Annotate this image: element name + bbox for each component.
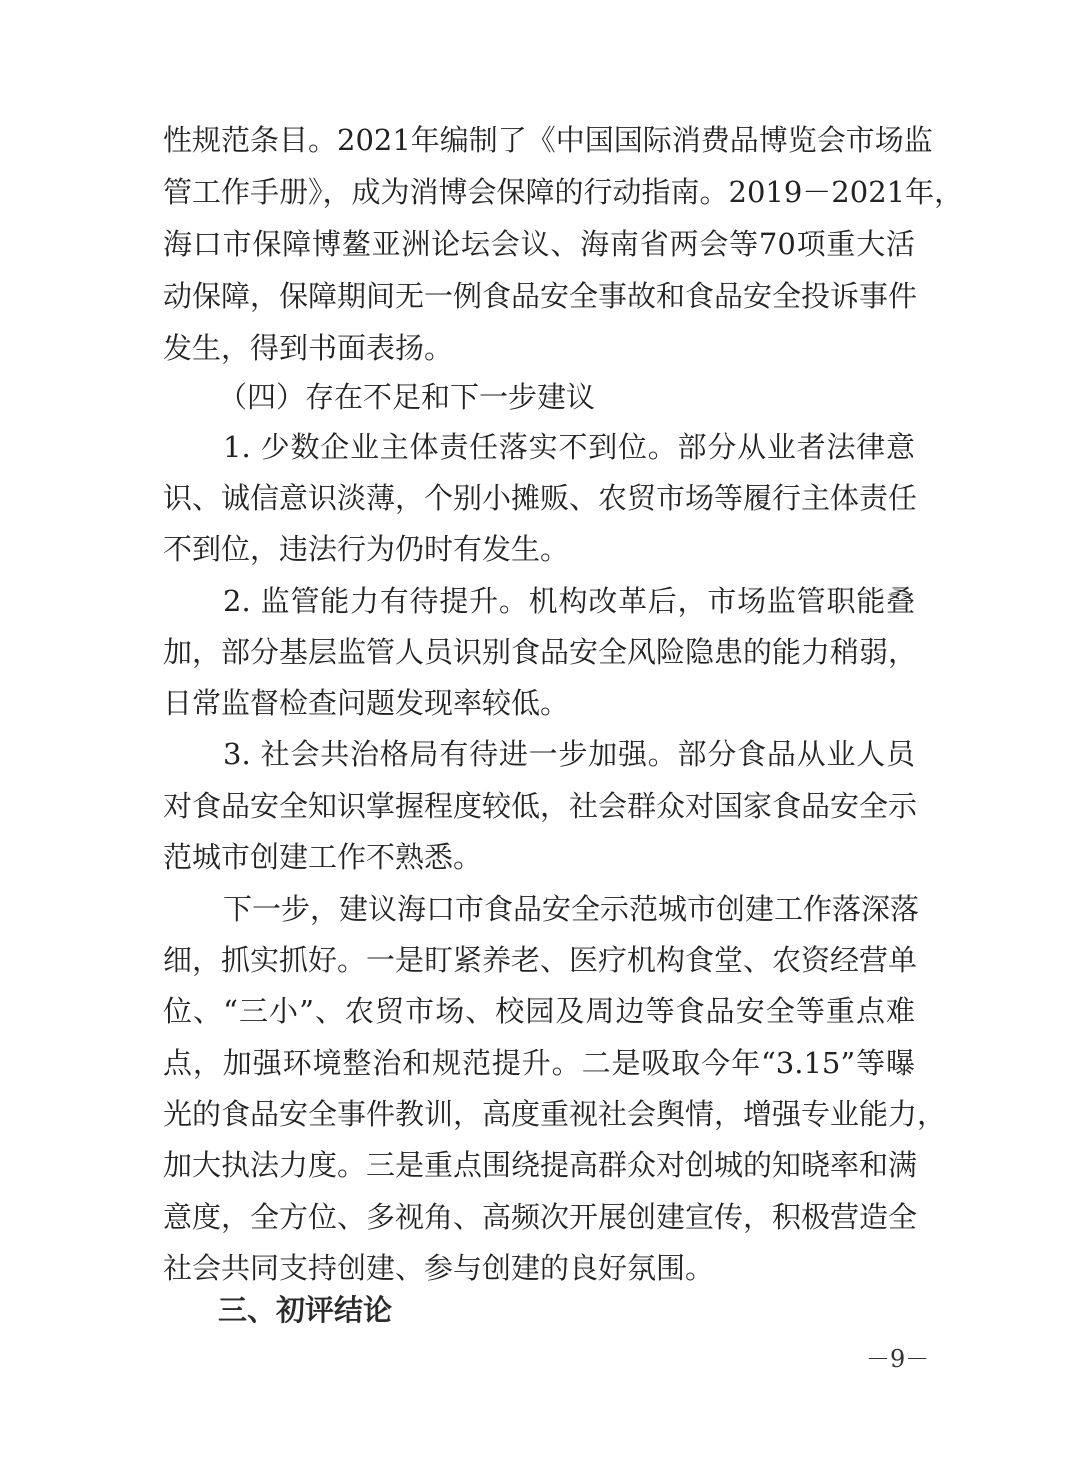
text-line: 社会共同支持创建、参与创建的良好氛围。 xyxy=(163,1250,915,1286)
text-line: 意度，全方位、多视角、高频次开展创建宣传，积极营造全 xyxy=(163,1199,915,1235)
text-line: 对食品安全知识掌握程度较低，社会群众对国家食品安全示 xyxy=(163,788,915,824)
text-line: 识、诚信意识淡薄，个别小摊贩、农贸市场等履行主体责任 xyxy=(163,480,915,516)
text-line: 发生，得到书面表扬。 xyxy=(163,330,915,366)
text-line: 不到位，违法行为仍时有发生。 xyxy=(163,531,915,567)
subheading-shortcomings-and-suggestions: （四）存在不足和下一步建议 xyxy=(218,379,595,415)
text-line: 2. 监管能力有待提升。机构改革后，市场监管职能叠 xyxy=(223,583,915,619)
text-line: 加大执法力度。三是重点围绕提高群众对创城的知晓率和满 xyxy=(163,1147,915,1183)
text-line: 光的食品安全事件教训，高度重视社会舆情，增强专业能力， xyxy=(163,1096,915,1132)
text-line: 海口市保障博鳌亚洲论坛会议、海南省两会等70项重大活 xyxy=(163,226,915,262)
text-line: 日常监督检查问题发现率较低。 xyxy=(163,685,915,721)
text-line: 位、“三小”、农贸市场、校园及周边等食品安全等重点难 xyxy=(163,993,915,1029)
document-page: 性规范条目。2021年编制了《中国国际消费品博览会市场监 管工作手册》，成为消博… xyxy=(0,0,1080,1469)
text-line: 范城市创建工作不熟悉。 xyxy=(163,839,915,875)
text-line: 点，加强环境整治和规范提升。二是吸取今年“3.15”等曝 xyxy=(163,1045,915,1081)
text-line: 动保障，保障期间无一例食品安全事故和食品安全投诉事件 xyxy=(163,278,915,314)
text-line: 管工作手册》，成为消博会保障的行动指南。2019－2021年， xyxy=(163,174,915,210)
text-line: 3. 社会共治格局有待进一步加强。部分食品从业人员 xyxy=(223,736,915,772)
section-heading-preliminary-conclusion: 三、初评结论 xyxy=(218,1292,392,1328)
text-line: 下一步，建议海口市食品安全示范城市创建工作落深落 xyxy=(223,891,915,927)
text-line: 1. 少数企业主体责任落实不到位。部分从业者法律意 xyxy=(223,429,915,465)
text-line: 性规范条目。2021年编制了《中国国际消费品博览会市场监 xyxy=(163,122,915,158)
page-number: －9－ xyxy=(866,1344,929,1374)
text-line: 细，抓实抓好。一是盯紧养老、医疗机构食堂、农资经营单 xyxy=(163,942,915,978)
text-line: 加，部分基层监管人员识别食品安全风险隐患的能力稍弱， xyxy=(163,634,915,670)
